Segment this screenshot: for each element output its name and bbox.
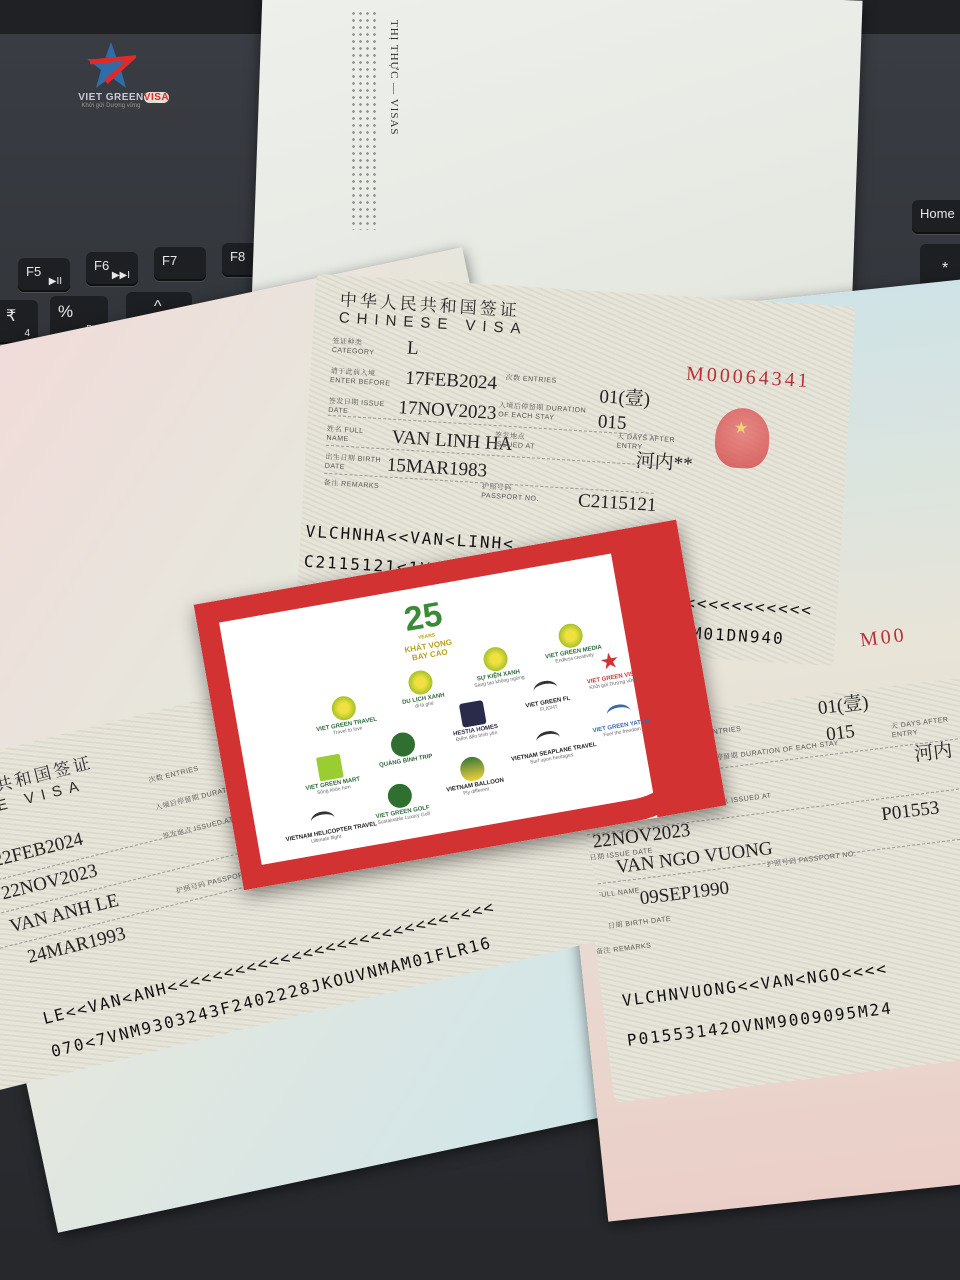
helicopter-icon — [310, 810, 337, 831]
key-f6: F6▶▶I — [86, 252, 138, 286]
star-logo-icon — [86, 40, 136, 90]
perforated-number — [350, 10, 380, 230]
label-issued-at: 签发地点 ISSUED AT — [494, 431, 555, 453]
duration-value: 015 — [825, 721, 856, 746]
mart-icon — [316, 754, 344, 782]
label-category: 签证种类 CATEGORY — [332, 337, 393, 359]
passport-no-value: C2115121 — [577, 490, 657, 517]
brand-viet-green-yatch: VIET GREEN YATCHFeel the freedom — [578, 698, 662, 742]
seaplane-icon — [535, 729, 562, 750]
label-remarks: 备注 REMARKS — [323, 479, 383, 492]
flower-icon — [482, 645, 510, 673]
entries-value: 01(壹) — [816, 687, 870, 720]
anniversary-number: 25 — [397, 597, 450, 637]
category-value: L — [406, 338, 419, 361]
trip-icon — [389, 731, 417, 759]
visa-number: M00064341 — [685, 363, 811, 394]
label-entries: 次数 ENTRIES — [148, 764, 200, 785]
flower-icon — [407, 669, 435, 697]
label-birth-date: 出生日期 BIRTH DATE — [324, 453, 385, 475]
jet-icon — [532, 679, 559, 700]
brand-vietnam-seaplane: VIETNAM SEAPLANE TRAVELSurf upon heritag… — [507, 724, 591, 768]
mrz-line-1: VLCHNHA<<VAN<LINH< — [305, 522, 515, 554]
anniversary-badge: 25 YEARS KHÁT VỌNG BAY CAO — [397, 597, 455, 663]
entries-value: 01(壹) — [599, 381, 651, 411]
flower-icon — [330, 694, 358, 722]
label-enter-before: 请于此前入境 ENTER BEFORE — [330, 367, 401, 389]
golfer-icon — [386, 782, 414, 810]
brand-vietnam-balloon: VIETNAM BALLOONFly different — [431, 750, 516, 801]
label-entries: 次数 ENTRIES — [505, 374, 565, 387]
birth-date-value: 09SEP1990 — [639, 877, 731, 910]
label-remarks: 备注 REMARKS — [596, 941, 652, 957]
key-home: Home — [912, 200, 960, 234]
key-f7: F7 — [154, 247, 206, 281]
issued-at-value: 河内** — [635, 446, 694, 476]
label-full-name: 姓名 FULL NAME — [326, 425, 387, 447]
viet-green-visa-watermark: VIET GREEN VISA Khởi gửi Dượng vững — [56, 40, 166, 109]
label-duration: 入境后停留期 DURATION OF EACH STAY — [498, 401, 589, 424]
yacht-icon — [606, 703, 633, 724]
passport-no-value: P01553 — [880, 797, 940, 826]
enter-before-value: 17FEB2024 — [405, 367, 498, 395]
visa-page-heading: THỊ THỰC — VISAS — [388, 20, 400, 136]
balloon-icon — [458, 755, 486, 783]
mrz-line-1: VLCHNVUONG<<VAN<NGO<<<< — [621, 959, 889, 1010]
logo-brand-text: VIET GREEN VISA — [56, 92, 166, 103]
star-logo-icon: ★ — [596, 647, 624, 675]
key-f5: F5▶II — [18, 258, 70, 292]
flower-icon — [557, 622, 585, 650]
brand-viet-green-travel: VIET GREEN TRAVELTravel to love — [302, 689, 387, 740]
mrz-line-2: P01553142OVNM9009095M24 — [626, 998, 894, 1049]
national-emblem-icon — [713, 407, 771, 470]
wings-h-icon — [459, 700, 487, 728]
logo-tagline: Khởi gửi Dượng vững — [56, 103, 166, 109]
